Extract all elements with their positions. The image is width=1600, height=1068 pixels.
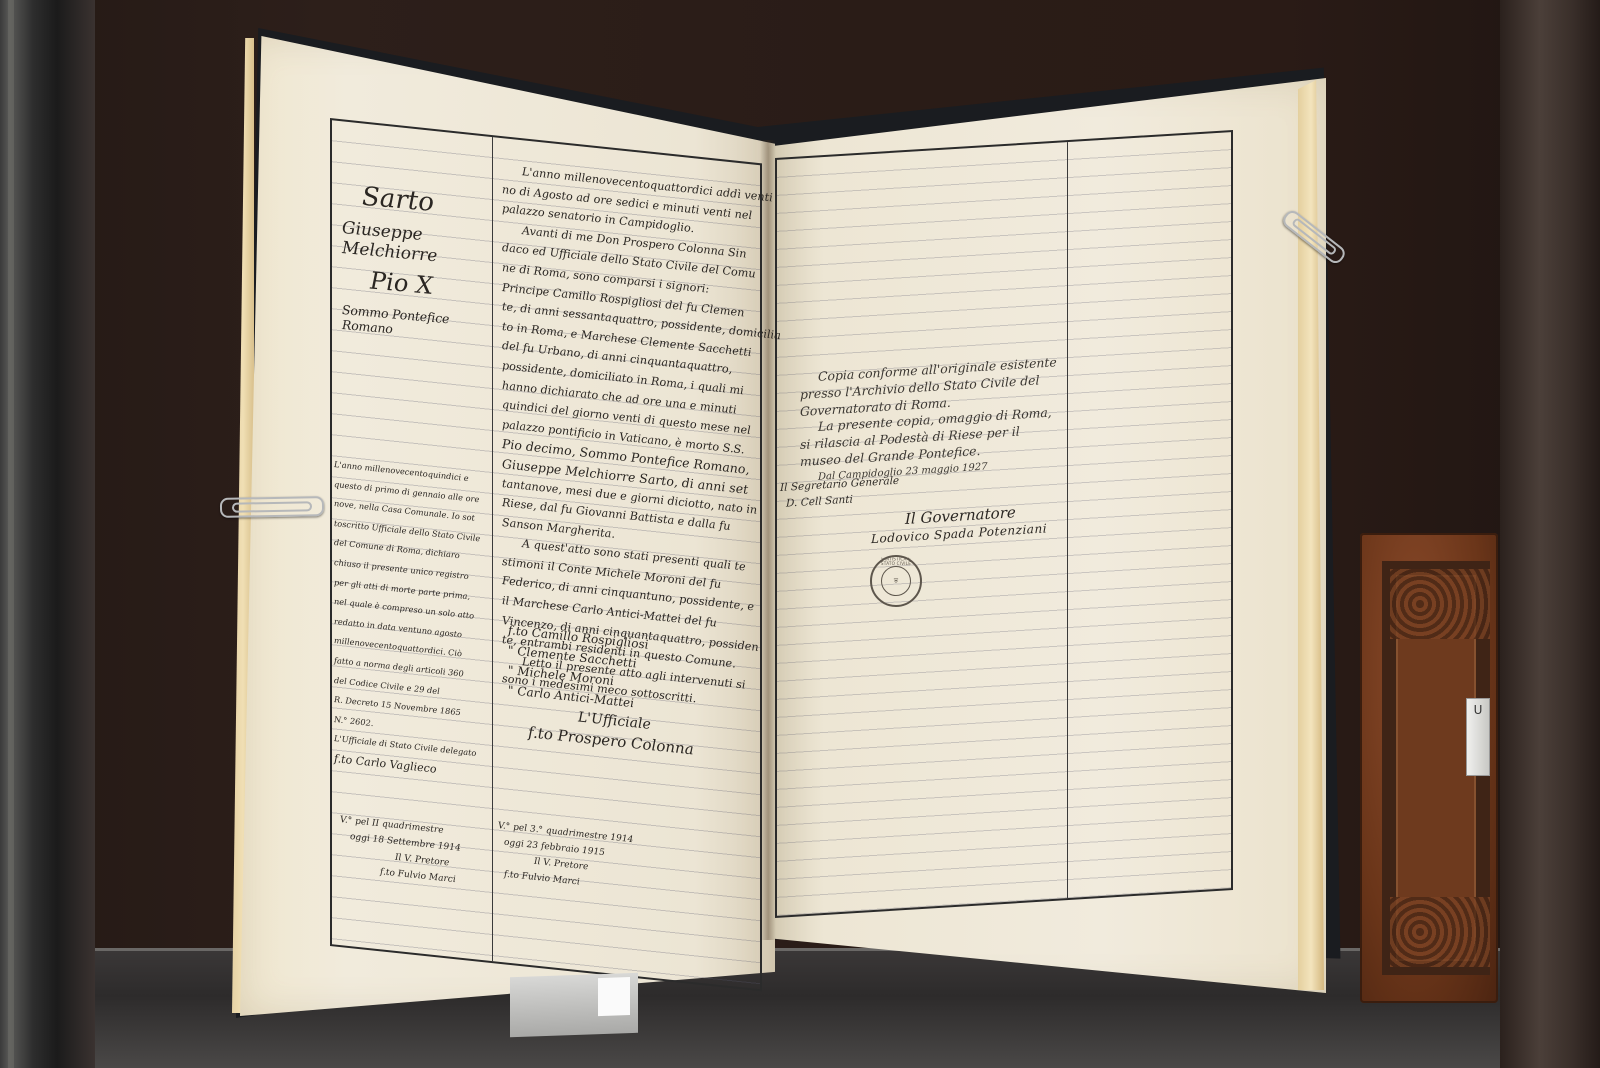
stamp-label: STATISTICA E STATO CIVILE [878,558,914,567]
papal-name: Pio X [370,266,502,306]
coat-of-arms-icon: ⛨ [881,566,911,596]
open-register-book: Sarto Giuseppe Melchiorre Pio X Sommo Po… [0,0,1600,1068]
deceased-name-column: Sarto Giuseppe Melchiorre Pio X Sommo Po… [342,180,502,346]
museum-display-scene: U Sarto Giuseppe Melchiorre Pio X Sommo … [0,0,1600,1068]
museum-label-card [510,973,638,1037]
official-stamp-icon: STATISTICA E STATO CIVILE ⛨ [870,555,922,607]
visto-note-first: V.° pel II quadrimestre oggi 18 Settembr… [340,812,461,889]
paper-clip-icon [220,496,324,518]
register-closing-note: L'anno millenovecentoquindici e questo d… [334,455,494,785]
certified-copy-note: Copia conforme all'originale esistente p… [800,353,1070,487]
given-names: Giuseppe Melchiorre [342,218,502,272]
label-card-white-panel [598,977,630,1016]
